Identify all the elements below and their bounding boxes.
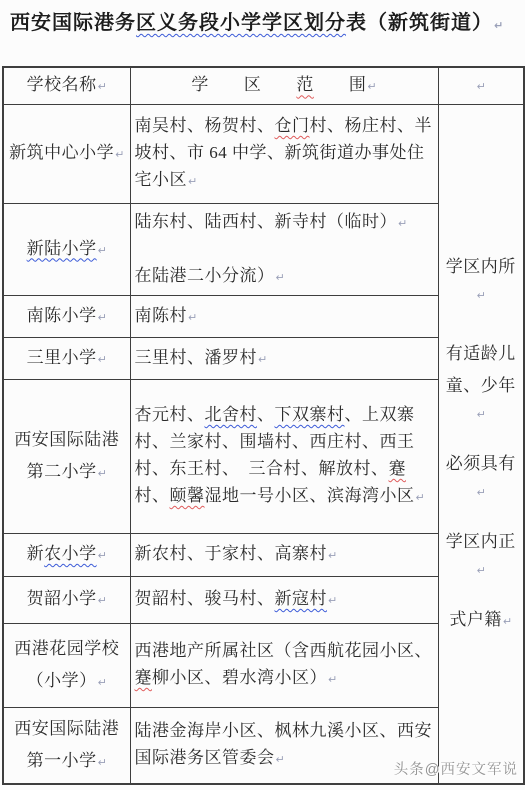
page-title: 西安国际港务区义务段小学学区划分表（新筑街道）↵ bbox=[0, 0, 525, 66]
text-run: 蹇 bbox=[389, 459, 407, 478]
text-run: 湿地一号小区、滨海湾小区 bbox=[205, 486, 415, 505]
range-cell: 南陈村↵ bbox=[130, 295, 438, 337]
paragraph-mark-icon: ↵ bbox=[477, 564, 486, 577]
paragraph-mark-icon: ↵ bbox=[98, 594, 107, 607]
paragraph-mark-icon: ↵ bbox=[494, 19, 503, 32]
text-line: 西安国际陆港 bbox=[8, 715, 126, 742]
range-cell: 杏元村、北舍村、下双寨村、上双寨村、兰家村、围墙村、西庄村、西王村、东王村、 三… bbox=[130, 379, 438, 533]
text-line: 贺韶村、骏马村、新寇村↵ bbox=[135, 585, 434, 614]
text-line: 在陆港二小分流）↵ bbox=[135, 262, 434, 291]
watermark: 头条@西安文军说 bbox=[394, 758, 518, 779]
text-run: 蹇 bbox=[135, 668, 153, 687]
text-run: 围 bbox=[314, 75, 367, 94]
text-line: 西港花园学校 bbox=[8, 635, 126, 662]
paragraph-mark-icon: ↵ bbox=[503, 615, 512, 628]
text-run: 学 区 bbox=[191, 75, 296, 94]
paragraph-mark-icon: ↵ bbox=[188, 311, 197, 324]
text-run: 学区内所 bbox=[446, 257, 516, 276]
text-run: 、 bbox=[257, 405, 275, 424]
text-run: 新 bbox=[27, 544, 45, 563]
paragraph-mark-icon: ↵ bbox=[367, 80, 376, 93]
text-line: 学区内正↵ bbox=[443, 528, 520, 584]
text-run: 陆东村、陆西村、新寺村（临时） bbox=[135, 212, 398, 231]
text-run: 三里村、潘罗村 bbox=[135, 348, 258, 367]
text-run: 贺韶小学 bbox=[27, 589, 97, 608]
text-line: 西港地产所属社区（含西航花园小区、蹇柳小区、碧水湾小区）↵ bbox=[135, 637, 434, 693]
text-line: 学校名称↵ bbox=[8, 71, 126, 100]
text-run: 第一小学 bbox=[27, 751, 97, 770]
paragraph-mark-icon: ↵ bbox=[477, 289, 486, 302]
text-run: 南吴村、杨贺村、 bbox=[135, 116, 275, 135]
text-run: 童、少年 bbox=[446, 376, 516, 395]
text-run: 新农村、于家村、高寨村 bbox=[135, 544, 328, 563]
text-run: 贺韶村、骏马村、 bbox=[135, 589, 275, 608]
text-run: 必须具有 bbox=[446, 454, 516, 473]
range-cell: 新农村、于家村、高寨村↵ bbox=[130, 533, 438, 576]
text-line: 有适龄儿 bbox=[443, 340, 520, 367]
text-run: 新陆小学 bbox=[27, 239, 97, 258]
text-line: 杏元村、北舍村、下双寨村、上双寨村、兰家村、围墙村、西庄村、西王村、东王村、 三… bbox=[135, 401, 434, 511]
text-run: 区义务段小学学区划分 bbox=[136, 12, 346, 34]
text-line: 式户籍↵ bbox=[443, 606, 520, 635]
text-line: 新农村、于家村、高寨村↵ bbox=[135, 540, 434, 569]
text-line: 三里村、潘罗村↵ bbox=[135, 344, 434, 373]
paragraph-mark-icon: ↵ bbox=[98, 80, 107, 93]
text-run: 颐馨 bbox=[170, 486, 205, 505]
text-run: 第二小学 bbox=[27, 462, 97, 481]
text-line: 第一小学↵ bbox=[8, 747, 126, 776]
paragraph-mark-icon: ↵ bbox=[477, 80, 486, 93]
paragraph-mark-icon: ↵ bbox=[328, 594, 337, 607]
paragraph-mark-icon: ↵ bbox=[477, 408, 486, 421]
text-run: 南陈村 bbox=[135, 306, 188, 325]
text-run: 村、 bbox=[135, 486, 170, 505]
text-run: 西安国际陆港 bbox=[14, 719, 119, 738]
text-run: 西港地产所属社区（含西航花园小区、 bbox=[135, 641, 433, 660]
text-run: 三里小学 bbox=[27, 348, 97, 367]
text-run: 学校名称 bbox=[27, 75, 97, 94]
paragraph-mark-icon: ↵ bbox=[276, 753, 285, 766]
text-run: 西安国际港务 bbox=[10, 12, 136, 34]
note-column-header-cell: ↵ bbox=[438, 67, 524, 104]
range-cell: 西港地产所属社区（含西航花园小区、蹇柳小区、碧水湾小区）↵ bbox=[130, 623, 438, 707]
text-run: 西安国际陆港 bbox=[14, 430, 119, 449]
school-cell: 贺韶小学↵ bbox=[3, 576, 130, 623]
text-run: 柳小区、碧水湾小区） bbox=[152, 668, 327, 687]
text-line: 陆东村、陆西村、新寺村（临时）↵ bbox=[135, 208, 434, 237]
text-line: 贺韶小学↵ bbox=[8, 585, 126, 614]
paragraph-mark-icon: ↵ bbox=[188, 175, 197, 188]
text-line: 新陆小学↵ bbox=[8, 235, 126, 264]
text-line: 南吴村、杨贺村、仓门村、杨庄村、半坡村、市 64 中学、新筑街道办事处住宅小区↵ bbox=[135, 112, 434, 195]
text-line: 西安国际陆港 bbox=[8, 426, 126, 453]
text-run: 式户籍 bbox=[449, 610, 502, 629]
paragraph-mark-icon: ↵ bbox=[276, 271, 285, 284]
text-line: 必须具有↵ bbox=[443, 450, 520, 506]
text-run: 南陈小学 bbox=[27, 306, 97, 325]
text-run: 下双寨村 bbox=[275, 405, 345, 424]
text-run: 西港花园学校 bbox=[14, 639, 119, 658]
paragraph-mark-icon: ↵ bbox=[328, 673, 337, 686]
paragraph-mark-icon: ↵ bbox=[98, 311, 107, 324]
school-cell: 新陆小学↵ bbox=[3, 203, 130, 295]
range-cell: 南吴村、杨贺村、仓门村、杨庄村、半坡村、市 64 中学、新筑街道办事处住宅小区↵ bbox=[130, 104, 438, 203]
text-line: 学区内所↵ bbox=[443, 253, 520, 309]
range-cell: 陆东村、陆西村、新寺村（临时）↵在陆港二小分流）↵ bbox=[130, 203, 438, 295]
school-cell: 西港花园学校（小学）↵ bbox=[3, 623, 130, 707]
text-run: 新寇村 bbox=[275, 589, 328, 608]
text-run: 新筑中心小学 bbox=[9, 143, 114, 162]
text-line: ↵ bbox=[443, 71, 520, 100]
text-run: 范 bbox=[296, 75, 314, 94]
paragraph-mark-icon: ↵ bbox=[98, 549, 107, 562]
text-line: 新筑中心小学↵ bbox=[8, 139, 126, 168]
text-run: 北舍村 bbox=[205, 405, 258, 424]
paragraph-mark-icon: ↵ bbox=[328, 549, 337, 562]
paragraph-mark-icon: ↵ bbox=[477, 486, 486, 499]
text-line: 陆港金海岸小区、枫林九溪小区、西安国际港务区管委会↵ bbox=[135, 717, 434, 773]
paragraph-mark-icon: ↵ bbox=[98, 756, 107, 769]
table-header-row: 学校名称↵ 学 区 范 围↵ ↵ bbox=[3, 67, 524, 104]
range-cell: 贺韶村、骏马村、新寇村↵ bbox=[130, 576, 438, 623]
text-line: （小学）↵ bbox=[8, 667, 126, 696]
paragraph-mark-icon: ↵ bbox=[115, 148, 124, 161]
text-line: 新农小学↵ bbox=[8, 540, 126, 569]
text-line: 南陈村↵ bbox=[135, 302, 434, 331]
range-cell: 三里村、潘罗村↵ bbox=[130, 337, 438, 379]
text-run: （小学） bbox=[27, 671, 97, 690]
text-run: 杏元村、 bbox=[135, 405, 205, 424]
text-run: 学区内正 bbox=[446, 532, 516, 551]
text-run: 表（新筑街道） bbox=[346, 12, 493, 34]
text-line: 学 区 范 围↵ bbox=[135, 71, 434, 100]
paragraph-mark-icon: ↵ bbox=[98, 244, 107, 257]
text-line: 西安国际港务区义务段小学学区划分表（新筑街道）↵ bbox=[10, 10, 521, 39]
text-line: 三里小学↵ bbox=[8, 344, 126, 373]
table-row: 新筑中心小学↵ 南吴村、杨贺村、仓门村、杨庄村、半坡村、市 64 中学、新筑街道… bbox=[3, 104, 524, 203]
column-header-district-range: 学 区 范 围↵ bbox=[130, 67, 438, 104]
text-line: 南陈小学↵ bbox=[8, 302, 126, 331]
paragraph-mark-icon: ↵ bbox=[98, 353, 107, 366]
range-cell: 陆港金海岸小区、枫林九溪小区、西安国际港务区管委会↵ bbox=[130, 707, 438, 784]
document-page: 西安国际港务区义务段小学学区划分表（新筑街道）↵ 学校名称↵ 学 区 范 围↵ … bbox=[0, 0, 525, 790]
school-cell: 西安国际陆港第二小学↵ bbox=[3, 379, 130, 533]
school-cell: 新农小学↵ bbox=[3, 533, 130, 576]
text-line: 童、少年↵ bbox=[443, 372, 520, 428]
school-district-table: 学校名称↵ 学 区 范 围↵ ↵ 新筑中心小学↵ 南吴村、杨贺村、仓门村、杨庄村… bbox=[2, 66, 525, 785]
text-run: 在陆港二小分流） bbox=[135, 266, 275, 285]
school-cell: 西安国际陆港第一小学↵ bbox=[3, 707, 130, 784]
paragraph-mark-icon: ↵ bbox=[398, 217, 407, 230]
note-cell: 学区内所↵有适龄儿童、少年↵必须具有↵学区内正↵式户籍↵ bbox=[438, 104, 524, 784]
text-run: 农小学 bbox=[44, 544, 97, 563]
school-cell: 南陈小学↵ bbox=[3, 295, 130, 337]
column-header-school-name: 学校名称↵ bbox=[3, 67, 130, 104]
text-run: 仓门 bbox=[275, 116, 310, 135]
text-run: 有适龄儿 bbox=[446, 344, 516, 363]
text-line: 第二小学↵ bbox=[8, 458, 126, 487]
paragraph-mark-icon: ↵ bbox=[98, 676, 107, 689]
paragraph-mark-icon: ↵ bbox=[258, 353, 267, 366]
school-cell: 新筑中心小学↵ bbox=[3, 104, 130, 203]
school-cell: 三里小学↵ bbox=[3, 337, 130, 379]
paragraph-mark-icon: ↵ bbox=[416, 491, 425, 504]
paragraph-mark-icon: ↵ bbox=[98, 467, 107, 480]
